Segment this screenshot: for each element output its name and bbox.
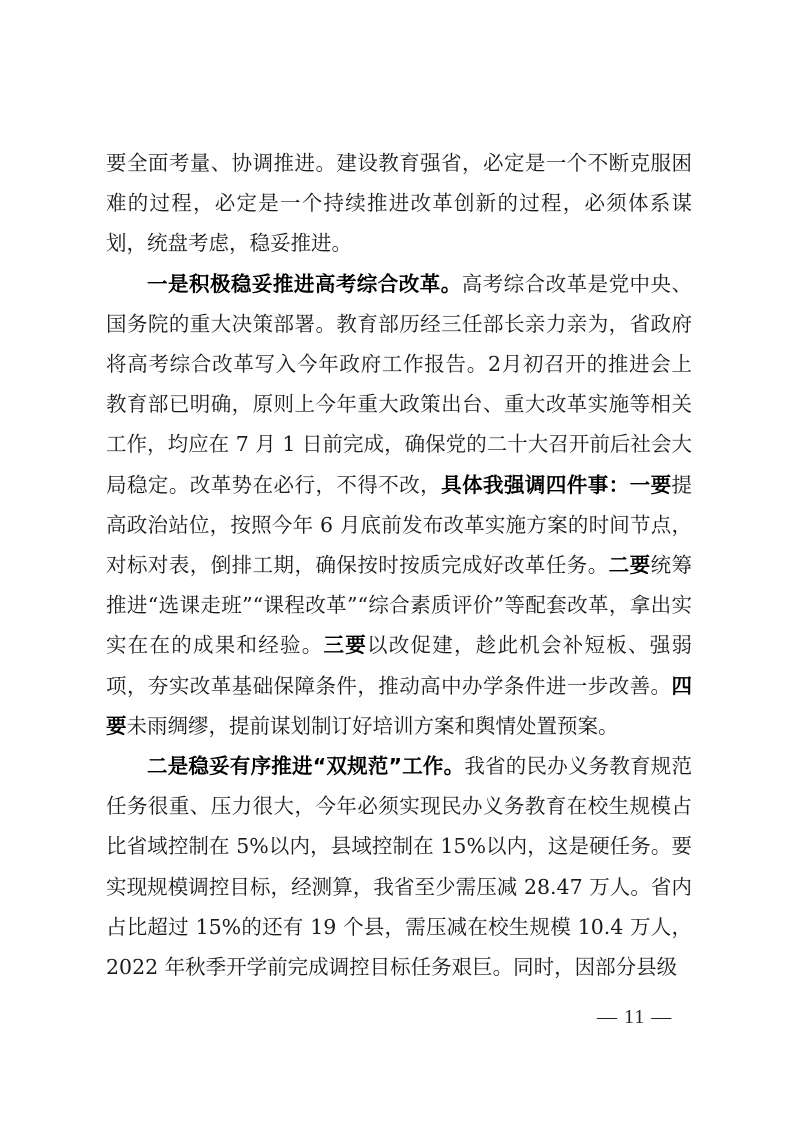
section-heading-double-standard: 二是稳妥有序推进“双规范”工作。 — [147, 754, 464, 778]
text-run: 我省的民办义务教育规范任务很重、压力很大，今年必须实现民办义务教育在校生规模占比… — [106, 754, 692, 979]
paragraph-double-standard: 二是稳妥有序推进“双规范”工作。我省的民办义务教育规范任务很重、压力很大，今年必… — [106, 746, 692, 987]
paragraph-gaokao-reform: 一是积极稳妥推进高考综合改革。高考综合改革是党中央、国务院的重大决策部署。教育部… — [106, 264, 692, 746]
text-run: 高考综合改革是党中央、国务院的重大决策部署。教育部历经三任部长亲力亲为，省政府将… — [106, 272, 692, 497]
emphasis-second: 二要 — [609, 553, 651, 577]
section-heading-gaokao: 一是积极稳妥推进高考综合改革。 — [147, 272, 462, 296]
paragraph-intro: 要全面考量、协调推进。建设教育强省，必定是一个不断克服困难的过程，必定是一个持续… — [106, 143, 692, 264]
text-run: 未雨绸缪，提前谋划制订好培训方案和舆情处置预案。 — [127, 714, 619, 738]
emphasis-third: 三要 — [324, 633, 368, 657]
document-body: 要全面考量、协调推进。建设教育强省，必定是一个不断克服困难的过程，必定是一个持续… — [106, 143, 692, 987]
page-number: — 11 — — [597, 1006, 672, 1029]
emphasis-four-things: 具体我强调四件事：一要 — [441, 473, 671, 497]
text-run: 要全面考量、协调推进。建设教育强省，必定是一个不断克服困难的过程，必定是一个持续… — [106, 151, 692, 255]
